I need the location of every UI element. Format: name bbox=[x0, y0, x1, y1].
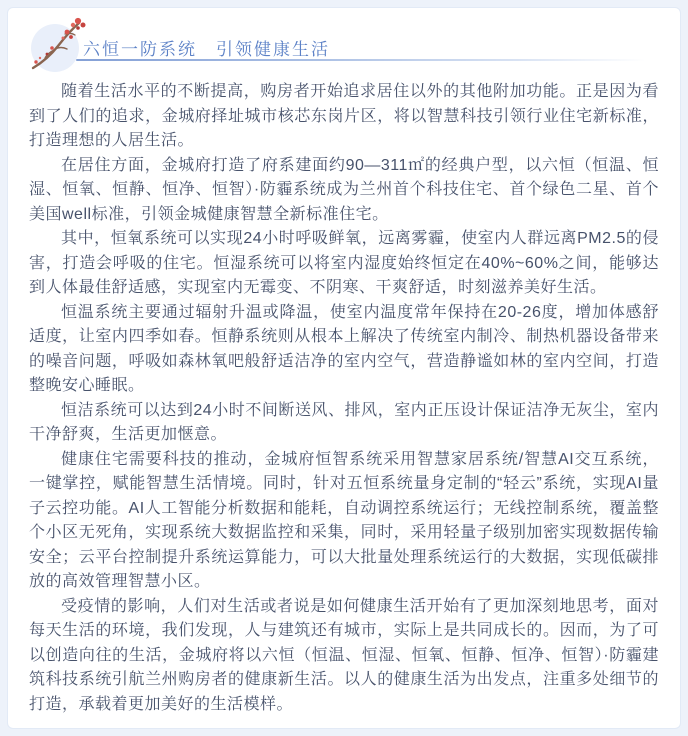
plum-blossom-branch bbox=[27, 12, 89, 74]
article-paragraph: 恒洁系统可以达到24小时不间断送风、排风，室内正压设计保证洁净无灰尘，室内干净舒… bbox=[29, 399, 659, 448]
article-paragraph: 健康住宅需要科技的推动，金城府恒智系统采用智慧家居系统/智慧AI交互系统，一键掌… bbox=[29, 448, 659, 595]
article-header: 六恒一防系统 引领健康生活 bbox=[29, 16, 659, 78]
article-card: 六恒一防系统 引领健康生活 随着生活水平的不断提高，购房者开始追求居住以外的其他… bbox=[7, 7, 681, 729]
page-background: { "page": { "background_color": "#edf2fa… bbox=[0, 0, 688, 736]
article-paragraph: 其中，恒氧系统可以实现24小时呼吸鲜氧，远离雾霾，使室内人群远离PM2.5的侵害… bbox=[29, 227, 659, 301]
title-underline-divider bbox=[76, 59, 663, 61]
article-body: 随着生活水平的不断提高，购房者开始追求居住以外的其他附加功能。正是因为看到了人们… bbox=[29, 80, 659, 717]
article-paragraph: 恒温系统主要通过辐射升温或降温，使室内温度常年保持在20-26度，增加体感舒适度… bbox=[29, 301, 659, 399]
article-paragraph: 随着生活水平的不断提高，购房者开始追求居住以外的其他附加功能。正是因为看到了人们… bbox=[29, 80, 659, 154]
article-paragraph: 在居住方面，金城府打造了府系建面约90—311㎡的经典户型，以六恒（恒温、恒湿、… bbox=[29, 154, 659, 228]
article-paragraph: 受疫情的影响，人们对生活或者说是如何健康生活开始有了更加深刻地思考，面对每天生活… bbox=[29, 595, 659, 718]
plum-blossom-icon bbox=[27, 16, 89, 78]
page-title: 六恒一防系统 引领健康生活 bbox=[83, 35, 330, 60]
